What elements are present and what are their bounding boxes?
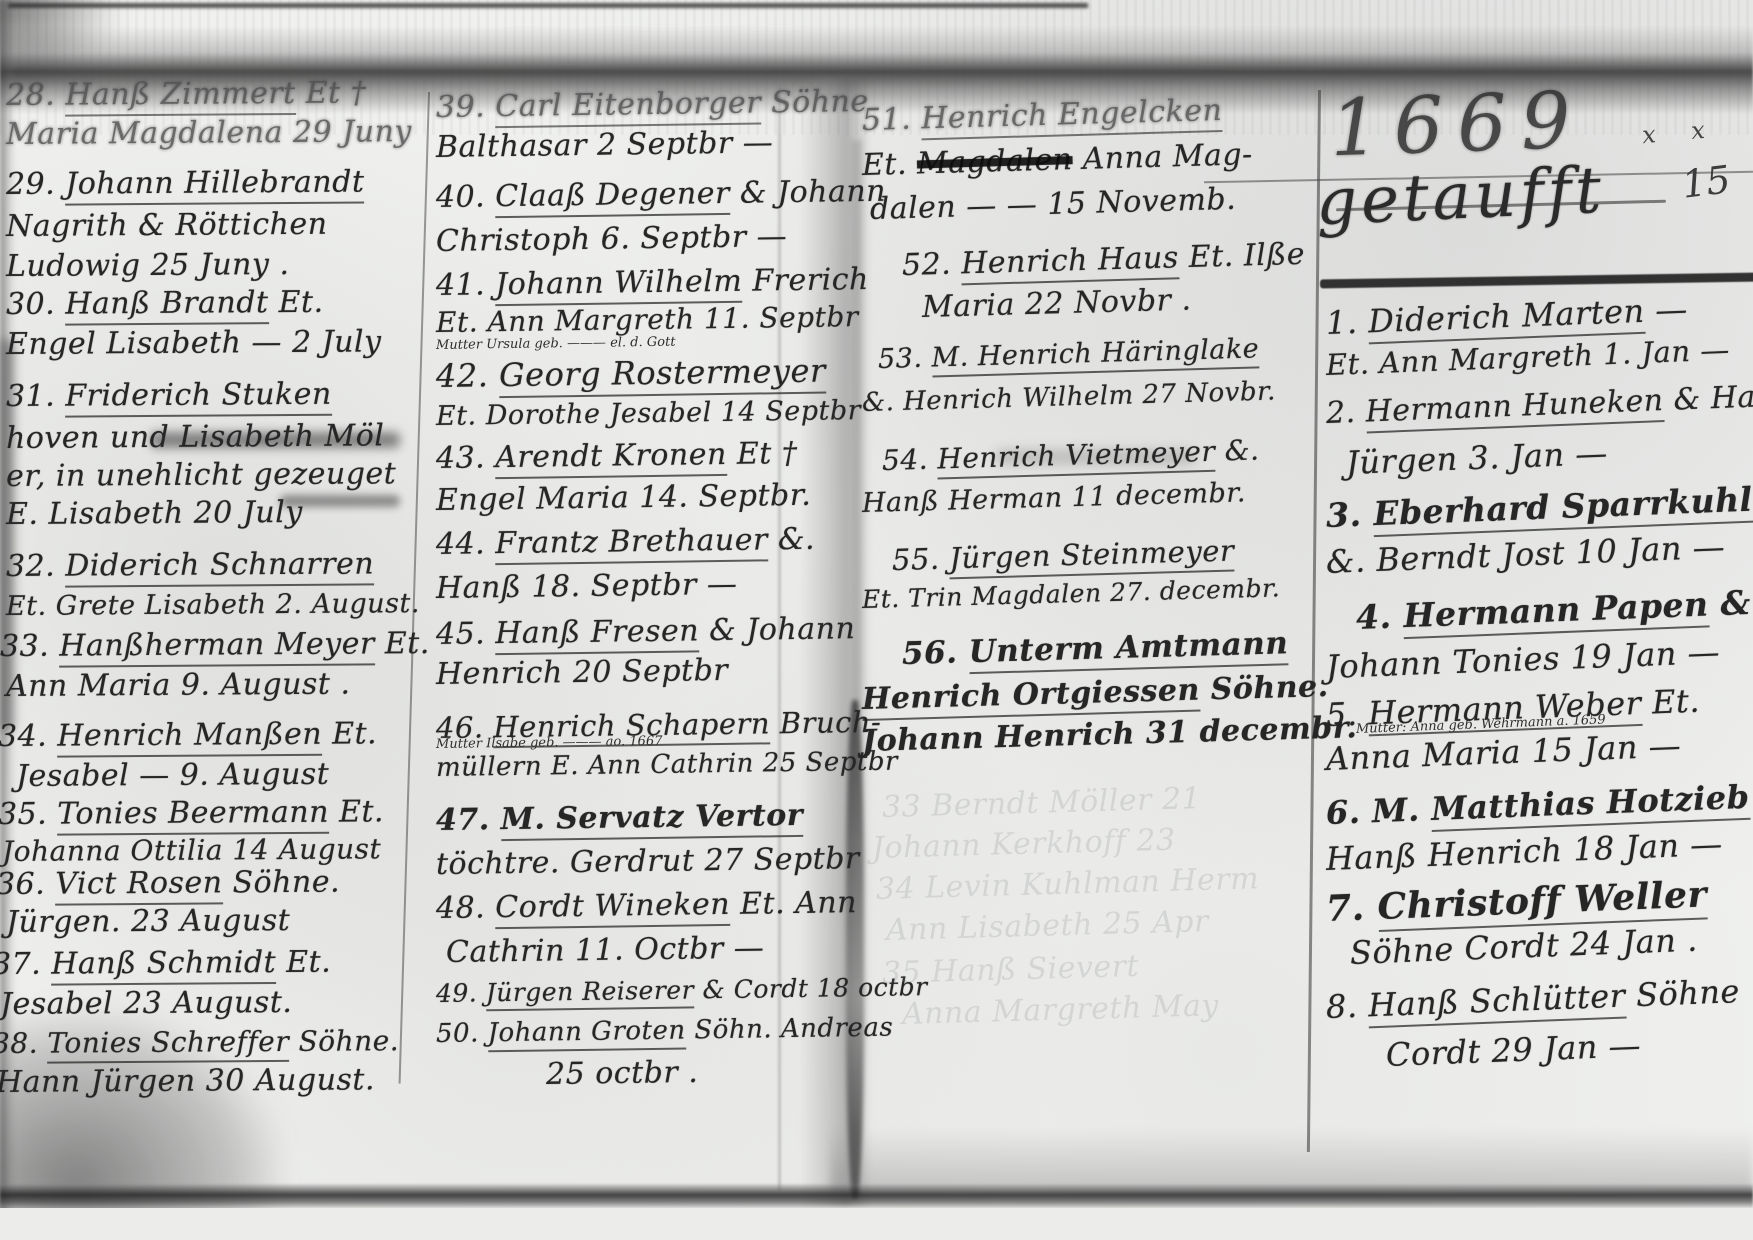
register-text-segment: 44. <box>436 526 496 562</box>
register-line: 39. Carl Eitenborger Söhne <box>436 84 869 125</box>
register-text-segment: Magdalen <box>917 142 1073 181</box>
register-text-segment: & <box>1708 583 1752 624</box>
register-text-segment: Henrich 20 Septbr <box>436 653 729 692</box>
register-text-segment: Hanß Schlütter <box>1367 977 1626 1029</box>
register-text-segment: 25 octbr . <box>546 1055 699 1092</box>
register-text-segment: Ann Maria 9. August . <box>6 667 351 704</box>
register-line: 4. Hermann Papen & <box>1355 583 1751 637</box>
register-text-segment: Arendt Kronen <box>495 437 727 479</box>
register-text-segment: dalen — — 15 Novemb. <box>870 182 1237 227</box>
register-text-segment: Johann Kerkhoff 23 <box>872 823 1177 866</box>
register-line: 36. Vict Rosen Söhne. <box>0 865 340 902</box>
register-line: Anna Margreth May <box>902 988 1220 1032</box>
register-line: 42. Georg Rostermeyer <box>436 352 826 395</box>
scanner-background-strip <box>0 1208 1753 1240</box>
register-line: Engel Lisabeth — 2 July <box>6 324 382 362</box>
register-line: 25 octbr . <box>546 1055 699 1092</box>
register-line: Hann Jürgen 30 August. <box>0 1062 375 1100</box>
register-text-segment: Et. Trin Magdalen 27. decembr. <box>862 573 1281 614</box>
register-line: 43. Arendt Kronen Et † <box>436 436 798 476</box>
register-line: 54. Henrich Vietmeyer &. <box>882 433 1260 477</box>
register-line: töchtre. Gerdrut 27 Septbr <box>436 841 860 882</box>
register-text-segment: Anna Mag- <box>1072 137 1253 177</box>
register-text-segment: 42. <box>436 356 500 395</box>
register-text-segment: Et. <box>268 285 323 320</box>
register-text-segment: Maria 22 Novbr . <box>922 282 1192 325</box>
register-text-segment: Hanß Henrich 18 Jan — <box>1325 825 1723 878</box>
register-line: Henrich 20 Septbr <box>436 653 729 692</box>
register-line: Johann Kerkhoff 23 <box>872 823 1177 866</box>
register-text-segment: 35. <box>0 797 57 832</box>
register-line: 33 Berndt Möller 21 <box>882 781 1202 825</box>
register-text-segment: Claaß Degener <box>495 176 730 218</box>
register-text-segment: Henrich Haus <box>961 240 1180 285</box>
register-text-segment: Anna Margreth May <box>902 988 1220 1032</box>
register-line: Ludowig 25 Juny . <box>6 247 290 284</box>
register-text-segment: Söhne. <box>289 1024 399 1058</box>
register-line: 44. Frantz Brethauer &. <box>436 522 816 562</box>
register-text-segment: 3. <box>1325 494 1374 535</box>
register-text-segment: er, in unehlicht gezeuget <box>6 456 397 494</box>
register-text-segment: 35 Hanß Sievert <box>882 949 1140 991</box>
register-line: Hanß Henrich 18 Jan — <box>1325 825 1723 878</box>
register-text-segment: Henrich Ortgiessen <box>862 673 1201 721</box>
register-text-segment: Balthasar 2 Septbr — <box>436 125 774 165</box>
register-text-segment: Hanß Herman 11 decembr. <box>862 477 1247 519</box>
column-divider-line-right-page <box>1307 90 1321 1152</box>
register-text-segment: Georg Rostermeyer <box>499 352 826 399</box>
register-text-segment: 43. <box>436 440 496 476</box>
register-text-segment: Johann Wilhelm <box>495 264 743 306</box>
register-line: 35 Hanß Sievert <box>882 949 1140 991</box>
register-text-segment: 55. <box>892 541 950 577</box>
register-text-segment: Nagrith & Röttichen <box>6 207 328 244</box>
register-text-segment: Johanna Ottilia 14 August <box>2 832 381 868</box>
register-line: Et. Magdalen Anna Mag- <box>862 137 1254 183</box>
register-text-segment: Engel Lisabeth — 2 July <box>6 324 382 362</box>
register-line: 47. M. Servatz Vertor <box>436 798 804 838</box>
register-text-segment: Söhne <box>761 84 869 120</box>
register-text-segment: Frerich <box>742 262 869 299</box>
register-line: E. Lisabeth 20 July <box>6 495 303 532</box>
register-text-segment: 33 Berndt Möller 21 <box>882 781 1202 825</box>
register-line: Christoph 6. Septbr — <box>436 219 788 259</box>
register-text-segment: 38. <box>0 1027 48 1060</box>
register-line: Jürgen. 23 August <box>6 903 290 940</box>
register-text-segment: 45. <box>436 616 496 652</box>
register-text-segment: Tonies Beermann <box>57 795 329 836</box>
register-text-segment: 56. <box>901 634 969 672</box>
register-line: Et. Grete Lisabeth 2. August. <box>6 588 420 622</box>
register-text-segment: Hanß 18. Septbr — <box>436 567 738 606</box>
register-text-segment: 47. <box>436 802 501 838</box>
register-line: 40. Claaß Degener & Johann <box>436 174 886 215</box>
register-text-segment: Hanß Brandt <box>65 285 269 325</box>
register-text-segment: töchtre. Gerdrut 27 Septbr <box>436 841 860 882</box>
register-text-segment: Et. Ann <box>730 885 857 922</box>
register-text-segment: Hann Jürgen 30 August. <box>0 1062 375 1100</box>
register-text-segment: 50. <box>436 1018 488 1049</box>
register-text-segment: Christoph 6. Septbr — <box>436 219 788 259</box>
register-text-segment: Söhne. <box>222 865 340 901</box>
register-text-segment: 33. <box>0 629 59 664</box>
register-text-segment: 7. <box>1325 886 1378 930</box>
register-line: Balthasar 2 Septbr — <box>436 125 774 165</box>
register-text-segment: 37. <box>0 947 51 982</box>
baptized-heading: getaufft <box>1315 154 1607 241</box>
scan-shadow-bottom-band <box>0 1184 1753 1208</box>
register-line: 30. Hanß Brandt Et. <box>6 285 324 322</box>
register-line: 33. Hanßherman Meyer Et. <box>0 626 430 664</box>
register-line: 8. Hanß Schlütter Söhne <box>1325 972 1740 1026</box>
register-text-segment: Et. Grete Lisabeth 2. August. <box>6 588 420 622</box>
register-text-segment: Unterm Amtmann <box>968 625 1289 674</box>
register-text-segment: Hanß Schmidt <box>51 945 276 986</box>
register-text-segment: Engel Maria 14. Septbr. <box>436 478 812 518</box>
register-text-segment: Et. <box>862 146 918 183</box>
right-page-bottom-shade <box>830 1128 1753 1190</box>
register-text-segment: Johann Hillebrandt <box>65 164 364 205</box>
register-line: 1. Diderich Marten — <box>1325 290 1688 342</box>
register-text-segment: Johann Tonies 19 Jan — <box>1325 633 1720 686</box>
register-text-segment: E. Lisabeth 20 July <box>6 495 303 532</box>
register-text-segment: Tonies Schreffer <box>47 1025 289 1064</box>
register-line: 34 Levin Kuhlman Herm <box>876 861 1260 907</box>
register-line: dalen — — 15 Novemb. <box>870 182 1237 227</box>
register-text-segment: 4. <box>1355 596 1404 637</box>
register-text-segment: 29. <box>6 167 65 202</box>
register-text-segment: Söhne <box>1625 972 1741 1014</box>
register-text-segment: M. Servatz Vertor <box>500 798 803 841</box>
register-line: Cathrin 11. Octbr — <box>446 931 765 970</box>
register-text-segment: Jesabel — 9. August <box>16 757 330 794</box>
register-text-segment: Jürgen Reiserer <box>486 975 695 1011</box>
register-line: Johann Tonies 19 Jan — <box>1325 633 1720 686</box>
register-text-segment: 54. <box>882 442 938 477</box>
register-text-segment: 51. <box>862 101 922 138</box>
register-line: 45. Hanß Fresen & Johann <box>436 611 856 652</box>
register-text-segment: Johann Groten <box>487 1016 685 1053</box>
register-text-segment: Ann Lisabeth 25 Apr <box>886 904 1210 948</box>
register-text-segment: Jesabel 23 August. <box>0 985 292 1022</box>
register-line: er, in unehlicht gezeuget <box>6 456 397 494</box>
register-text-segment: Cordt Wineken <box>495 887 730 929</box>
register-text-segment: Et. <box>276 945 331 980</box>
register-text-segment: Jürgen 3. Jan — <box>1345 434 1608 482</box>
register-line: &. Henrich Wilhelm 27 Novbr. <box>862 376 1277 418</box>
register-line: Cordt 29 Jan — <box>1385 1026 1641 1074</box>
register-text-segment: — <box>1644 290 1689 330</box>
register-text-segment: Et. Ilße <box>1178 237 1305 276</box>
register-text-segment: 52. <box>902 246 962 283</box>
register-text-segment: Friderich Stuken <box>65 377 332 418</box>
register-text-segment: 48. <box>436 890 496 926</box>
register-line: Maria 22 Novbr . <box>922 282 1192 325</box>
register-line: 28. Hanß Zimmert Et † <box>6 75 366 113</box>
register-line: Maria Magdalena 29 Juny <box>6 114 412 152</box>
register-text-segment: Hanß Fresen <box>495 613 699 655</box>
register-text-segment: Et. <box>1641 682 1701 722</box>
register-text-segment: & Johann <box>699 611 856 648</box>
register-scan-page: 1669 getaufft x x 15 28. Hanß Zimmert Et… <box>0 0 1753 1240</box>
heavy-heading-rule <box>1320 273 1753 289</box>
register-text-segment: 8. <box>1325 986 1369 1026</box>
register-line: Et. Ann Margreth 11. Septbr <box>436 300 859 339</box>
register-text-segment: Henrich Vietmeyer <box>937 435 1216 480</box>
register-text-segment: Et. Dorothe Jesabel 14 Septbr <box>436 395 861 432</box>
register-text-segment: Et † <box>727 436 798 472</box>
register-text-segment: 53. <box>878 343 932 375</box>
register-line: 37. Hanß Schmidt Et. <box>0 945 331 982</box>
register-text-segment: Maria Magdalena 29 Juny <box>6 114 412 152</box>
register-line: Jesabel 23 August. <box>0 985 292 1022</box>
register-line: Mutter Ilsabe geb. ——— ao. 1667 <box>436 734 663 752</box>
register-line: 35. Tonies Beermann Et. <box>0 794 384 832</box>
register-text-segment: Matthias Hotzieb <box>1430 778 1750 832</box>
register-line: Ann Maria 9. August . <box>6 667 351 704</box>
register-line: 31. Friderich Stuken <box>6 377 332 414</box>
register-text-segment: Hermann Huneken <box>1365 383 1664 433</box>
flourish-marks: x x <box>1641 115 1720 150</box>
register-text-segment: 32. <box>6 549 65 584</box>
register-text-segment: 40. <box>436 179 496 215</box>
register-line: 29. Johann Hillebrandt <box>6 164 365 202</box>
register-line: Jesabel — 9. August <box>16 757 330 794</box>
register-text-segment: 28. <box>6 78 65 113</box>
register-line: Mutter Ursula geb. ——— el. d. Gott <box>436 335 676 353</box>
register-line: 41. Johann Wilhelm Frerich <box>436 262 869 303</box>
register-text-segment: Et † <box>296 75 367 110</box>
register-line: 52. Henrich Haus Et. Ilße <box>902 237 1306 283</box>
register-text-segment: 1. <box>1325 302 1369 342</box>
register-text-segment: hoven und Lisabeth Möl <box>6 418 385 456</box>
register-text-segment: Mutter Ursula geb. ——— el. d. Gott <box>436 335 676 353</box>
register-text-segment: Cathrin 11. Octbr — <box>446 931 765 970</box>
register-text-segment: Jürgen. 23 August <box>6 903 290 940</box>
register-text-segment: Cordt 29 Jan — <box>1385 1026 1641 1074</box>
register-line: 56. Unterm Amtmann <box>901 625 1288 672</box>
register-text-segment: 31. <box>6 379 65 414</box>
register-text-segment: Hanß Zimmert <box>65 76 296 117</box>
register-line: 50. Johann Groten Söhn. Andreas <box>436 1013 894 1049</box>
register-text-segment: Henrich Manßen <box>57 717 322 758</box>
register-text-segment: 39. <box>436 89 496 125</box>
register-text-segment: Ludowig 25 Juny . <box>6 247 290 284</box>
register-line: 6. M. Matthias Hotzieb & <box>1325 776 1753 832</box>
register-text-segment: Söhn. Andreas <box>685 1013 893 1046</box>
register-text-segment: 6. M. <box>1325 790 1432 832</box>
register-line: 34. Henrich Manßen Et. <box>0 716 377 754</box>
register-line: Johanna Ottilia 14 August <box>2 832 381 868</box>
register-text-segment: Hanßherman Meyer <box>59 626 375 667</box>
register-line: 32. Diderich Schnarren <box>6 546 374 584</box>
register-line: Hanß 18. Septbr — <box>436 567 738 606</box>
register-text-segment: Jürgen Steinmeyer <box>949 533 1235 579</box>
register-text-segment: 30. <box>6 287 65 322</box>
register-text-segment: Carl Eitenborger <box>495 85 761 128</box>
page-number: 15 <box>1679 157 1732 207</box>
register-text-segment: Et. <box>329 794 384 829</box>
register-line: 53. M. Henrich Häringlake <box>878 333 1260 375</box>
register-line: Ann Lisabeth 25 Apr <box>886 904 1210 948</box>
register-line: Hanß Herman 11 decembr. <box>862 477 1247 519</box>
register-text-segment: Et. Ann Margreth 11. Septbr <box>436 300 859 339</box>
register-line: hoven und Lisabeth Möl <box>6 418 385 456</box>
register-text-segment: 41. <box>436 267 496 303</box>
register-text-segment: & Hanß <box>1663 378 1753 418</box>
register-text-segment: Frantz Brethauer <box>495 522 768 565</box>
register-text-segment: 36. <box>0 867 55 902</box>
register-line: Nagrith & Röttichen <box>6 207 328 244</box>
register-text-segment: &. Henrich Wilhelm 27 Novbr. <box>862 376 1277 418</box>
register-line: Henrich Ortgiessen Söhne. <box>862 669 1329 717</box>
register-text-segment: Vict Rosen <box>55 865 223 905</box>
register-text-segment: & <box>1749 776 1753 816</box>
register-text-segment: Mutter Ilsabe geb. ——— ao. 1667 <box>436 734 663 752</box>
register-line: Et. Trin Magdalen 27. decembr. <box>862 573 1281 614</box>
register-text-segment: Et. <box>322 716 377 751</box>
register-text-segment: &. <box>1215 433 1260 467</box>
register-text-segment: 49. <box>436 978 486 1008</box>
register-text-segment: Diderich Schnarren <box>65 546 374 587</box>
register-line: Et. Dorothe Jesabel 14 Septbr <box>436 395 861 432</box>
register-text-segment: 2. <box>1325 394 1366 430</box>
register-line: Jürgen 3. Jan — <box>1345 434 1608 482</box>
register-text-segment: Et. <box>375 626 430 661</box>
register-line: Engel Maria 14. Septbr. <box>436 478 812 518</box>
register-line: 48. Cordt Wineken Et. Ann <box>436 885 857 926</box>
register-line: 38. Tonies Schreffer Söhne. <box>0 1024 399 1060</box>
register-line: 2. Hermann Huneken & Hanß <box>1325 378 1753 431</box>
register-text-segment: Söhne. <box>1199 669 1329 708</box>
register-line: 3. Eberhard Sparrkuhl <box>1325 480 1753 535</box>
register-text-segment: M. Henrich Häringlake <box>931 333 1260 377</box>
register-text-segment: &. <box>768 522 816 558</box>
register-line: 55. Jürgen Steinmeyer <box>892 533 1235 577</box>
register-text-segment: 34. <box>0 719 57 754</box>
register-text-segment: Hermann Papen <box>1403 584 1710 639</box>
register-text-segment: 34 Levin Kuhlman Herm <box>876 861 1260 907</box>
